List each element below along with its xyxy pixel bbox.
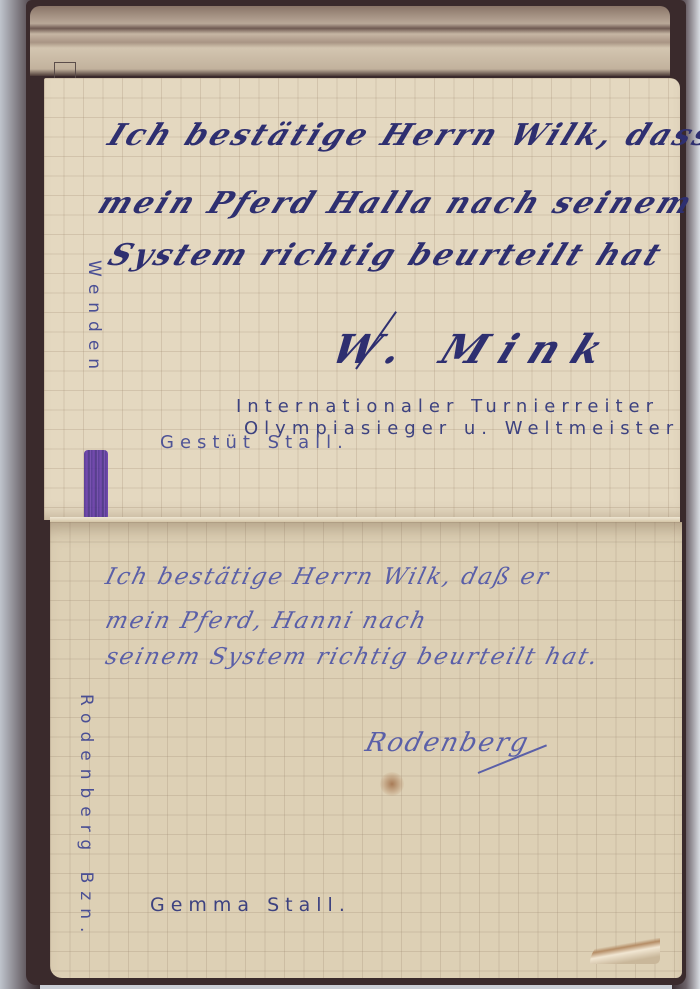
top-caption-1: Internationaler Turnierreiter <box>236 396 659 417</box>
page-stack <box>30 6 670 76</box>
bottom-signature: Rodenberg <box>362 728 533 758</box>
bottom-page: Ich bestätige Herrn Wilk, daß er mein Pf… <box>50 522 682 978</box>
top-page: Ich bestätige Herrn Wilk, dass er mein P… <box>44 78 680 520</box>
bottom-note: Gemma Stall. <box>150 894 351 916</box>
top-line-2: mein Pferd Halla nach seinem <box>93 186 700 221</box>
top-margin-note: Wenden <box>84 260 104 377</box>
bottom-line-1: Ich bestätige Herrn Wilk, daß er <box>103 564 553 590</box>
bottom-margin-note: Rodenberg Bzn. <box>76 694 96 940</box>
torn-corner <box>590 938 660 964</box>
ink-scribble <box>84 450 108 518</box>
top-line-1: Ich bestätige Herrn Wilk, dass er <box>103 118 700 153</box>
stain-mark <box>380 772 404 796</box>
top-note: Gestüt Stall. <box>160 432 349 453</box>
bottom-line-3: seinem System richtig beurteilt hat. <box>103 644 602 670</box>
corner-mark <box>54 62 76 79</box>
bottom-line-2: mein Pferd, Hanni nach <box>103 608 431 634</box>
top-line-3: System richtig beurteilt hat <box>103 238 669 273</box>
